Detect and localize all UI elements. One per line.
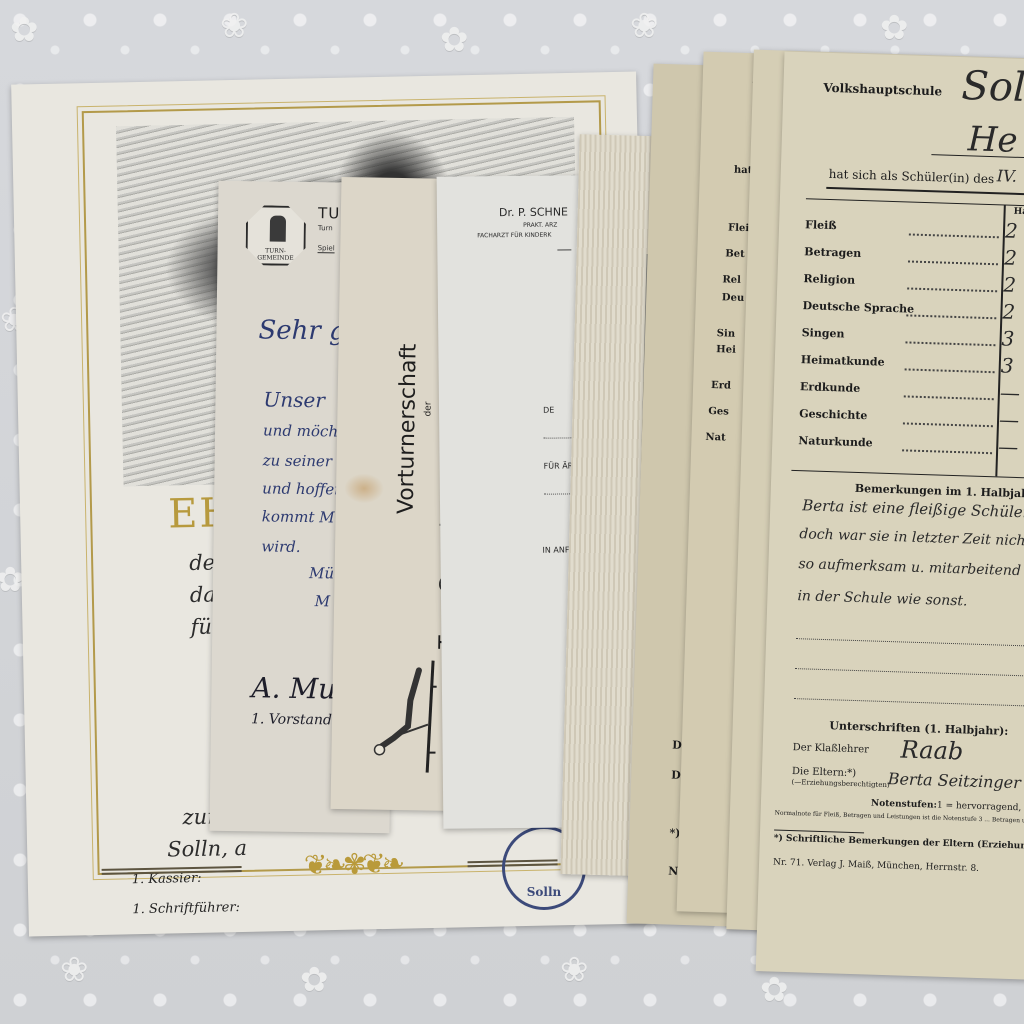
embroidery-motif: ✿ <box>300 960 329 1000</box>
leader-dots <box>904 395 994 400</box>
subject-grade: — <box>999 407 1020 432</box>
class-value: IV. <box>996 166 1017 186</box>
remark-line: Berta ist eine fleißige Schülerin, <box>802 496 1024 522</box>
form-field-label: DE <box>543 406 554 415</box>
subject-grade: 2 <box>1005 218 1018 242</box>
subject-name: Erdkunde <box>800 380 861 395</box>
subject-grade: — <box>998 434 1019 459</box>
letter-body-line: kommt M <box>262 507 335 526</box>
subject-name: Deutsche Sprache <box>802 299 914 315</box>
remark-line: in der Schule wie sonst. <box>797 588 968 609</box>
letterhead-title: TU <box>318 204 340 222</box>
parents-signature: Berta Seitzinger <box>887 769 1021 792</box>
parents-sublabel: (—Erziehungsberechtigten) <box>791 778 889 789</box>
closing-line: M <box>315 592 331 610</box>
subject-name: Betragen <box>804 245 861 260</box>
embroidery-motif: ✿ <box>10 10 39 50</box>
partial-label: Ges <box>708 406 729 418</box>
letter-body-line: wird. <box>261 537 300 556</box>
leader-dots <box>905 341 995 346</box>
leader-dots <box>909 233 999 238</box>
subject-grade: 2 <box>1002 299 1015 323</box>
subject-grade: — <box>1000 380 1021 405</box>
subject-name: Fleiß <box>805 218 837 232</box>
form-field-label: IN ANF <box>542 545 569 554</box>
partial-label: Nat <box>705 432 726 444</box>
report-card-front: Volkshauptschule Sol He hat sich als Sch… <box>756 51 1024 984</box>
subject-name: Geschichte <box>799 407 868 422</box>
leader-dots <box>902 449 992 454</box>
logo-text: TURN-GEMEINDE <box>257 247 294 261</box>
connector-word: der <box>423 401 433 416</box>
subject-name: Heimatkunde <box>801 353 885 369</box>
remark-line: doch war sie in letzter Zeit nicht <box>799 526 1024 549</box>
class-line: hat sich als Schüler(in) des <box>829 167 995 186</box>
leader-dots <box>906 314 996 319</box>
leader-dots <box>903 422 993 427</box>
oak-leaf-ornament-icon: ❦❧✾❦❧ <box>237 845 468 890</box>
footnote-rule <box>774 830 864 834</box>
letter-body-line: zu seiner <box>263 451 333 470</box>
letter-signature: A. Mu <box>251 671 336 705</box>
embroidery-motif: ❀ <box>560 950 589 990</box>
publisher-imprint: Nr. 71. Verlag J. Maiß, München, Herrnst… <box>773 858 979 874</box>
subject-grade: 2 <box>1004 245 1017 269</box>
parents-label: Die Eltern:*) <box>792 766 857 779</box>
role-secretary-label: 1. Schriftführer: <box>132 900 240 917</box>
leader-dots <box>905 368 995 373</box>
remark-line: so aufmerksam u. mitarbeitend <box>798 556 1021 579</box>
section-rule <box>826 187 1024 195</box>
subject-name: Naturkunde <box>798 434 873 449</box>
partial-label: Erd <box>711 380 731 392</box>
table-bottom-rule <box>791 470 1024 479</box>
embroidery-motif: ✿ <box>440 20 469 60</box>
form-field-label: FÜR ÄR <box>544 461 574 470</box>
column-header: Halb <box>1013 207 1024 218</box>
embroidery-motif: ❀ <box>630 6 659 46</box>
subject-name: Singen <box>802 326 845 340</box>
vorturnerschaft-title: Vorturnerschaft <box>394 343 422 514</box>
footnote: *) Schriftliche Bemerkungen der Eltern (… <box>774 834 1024 854</box>
certificate-place-date: Solln, a <box>167 836 247 862</box>
letter-body-line: und hoffen <box>262 479 344 498</box>
partial-label: Sin <box>717 328 736 340</box>
grade-scale: 1 = hervorragend, 2 = lobenswert <box>937 801 1024 816</box>
grade-scale-label: Notenstufen: <box>871 799 937 811</box>
partial-label: Flei <box>728 222 749 234</box>
embroidery-motif: ✿ <box>760 970 789 1010</box>
school-type: Volkshauptschule <box>823 81 942 99</box>
embroidery-motif: ❀ <box>60 950 89 990</box>
blank-remark-line <box>795 668 1024 680</box>
turngemeinde-logo-icon: TURN-GEMEINDE <box>245 205 306 266</box>
salutation: Sehr g <box>258 315 346 346</box>
signature-role: 1. Vorstand <box>251 711 332 728</box>
teacher-signature: Raab <box>900 735 963 765</box>
subject-grade: 3 <box>1001 326 1014 350</box>
subject-grade: 2 <box>1003 272 1016 296</box>
doctor-title: PRAKT. ARZ <box>523 222 557 229</box>
letterhead-subtitle: Turn <box>318 224 333 232</box>
blank-remark-line <box>796 638 1024 650</box>
subject-name: Religion <box>803 272 855 287</box>
subject-grade: 3 <box>1000 353 1013 377</box>
embroidery-motif: ✿ <box>880 8 909 48</box>
teacher-label: Der Klaßlehrer <box>793 742 870 755</box>
partial-label: Bet <box>725 248 745 260</box>
table-top-rule <box>806 198 1024 206</box>
leader-dots <box>908 260 998 265</box>
partial-label: D <box>672 739 682 752</box>
stamp-text: Solln <box>527 885 562 899</box>
leader-dots <box>907 287 997 292</box>
partial-label: Rel <box>722 274 741 286</box>
divider <box>557 249 571 250</box>
doctor-name: Dr. P. SCHNE <box>499 205 568 219</box>
letterhead-subtitle: Spiel <box>318 244 335 253</box>
embroidery-motif: ❀ <box>220 6 249 46</box>
partial-label: Hei <box>716 344 736 356</box>
letter-body-line: Unser <box>263 387 325 412</box>
blank-remark-line <box>794 698 1024 710</box>
age-stain <box>344 473 385 504</box>
partial-label: Deu <box>722 292 745 304</box>
doctor-specialty: FACHARZT FÜR KINDERK <box>477 232 551 240</box>
gymnast-on-bar-icon <box>369 656 441 777</box>
school-name-handwritten: Sol <box>961 63 1024 111</box>
